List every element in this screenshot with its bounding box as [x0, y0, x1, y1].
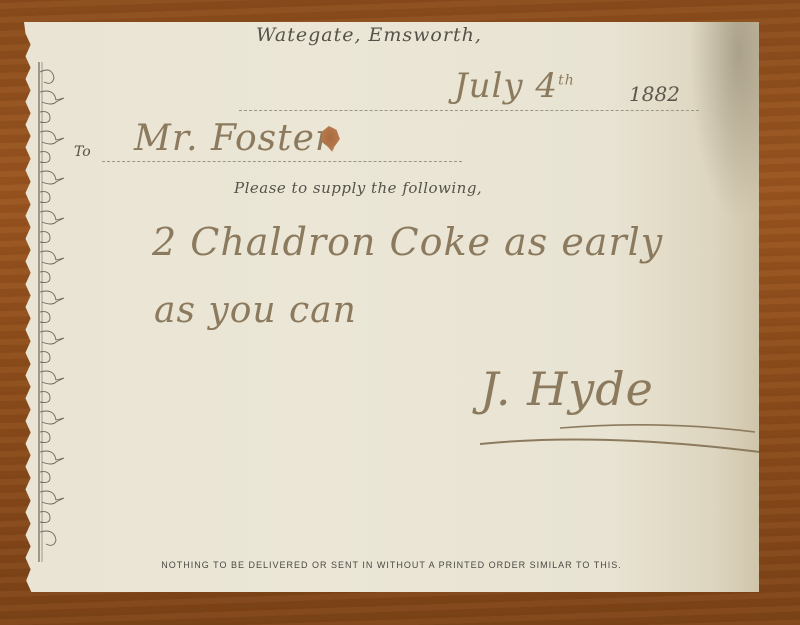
date-year: 1882: [629, 82, 680, 106]
order-line-2: as you can: [154, 290, 357, 331]
date-month-day: July 4: [454, 66, 558, 106]
paper-stain: [689, 22, 759, 222]
order-line-1: 2 Chaldron Coke as early: [152, 220, 663, 264]
order-form-paper: Wategate, Emsworth, July 4th 1882 To Mr.…: [24, 22, 759, 592]
footer-notice: NOTHING TO BE DELIVERED OR SENT IN WITHO…: [24, 560, 759, 570]
ornamental-border-icon: [30, 62, 70, 562]
date-handwritten: July 4th: [454, 66, 575, 106]
header-place: Wategate, Emsworth,: [256, 24, 482, 46]
to-label: To: [74, 144, 91, 160]
recipient-name: Mr. Foster: [134, 118, 333, 159]
date-ordinal: th: [558, 73, 575, 89]
date-dotted-line: [239, 110, 699, 111]
signature-flourish-icon: [480, 422, 760, 462]
instruction-text: Please to supply the following,: [234, 179, 482, 197]
signature: J. Hyde: [480, 362, 654, 416]
recipient-dotted-line: [102, 161, 462, 162]
